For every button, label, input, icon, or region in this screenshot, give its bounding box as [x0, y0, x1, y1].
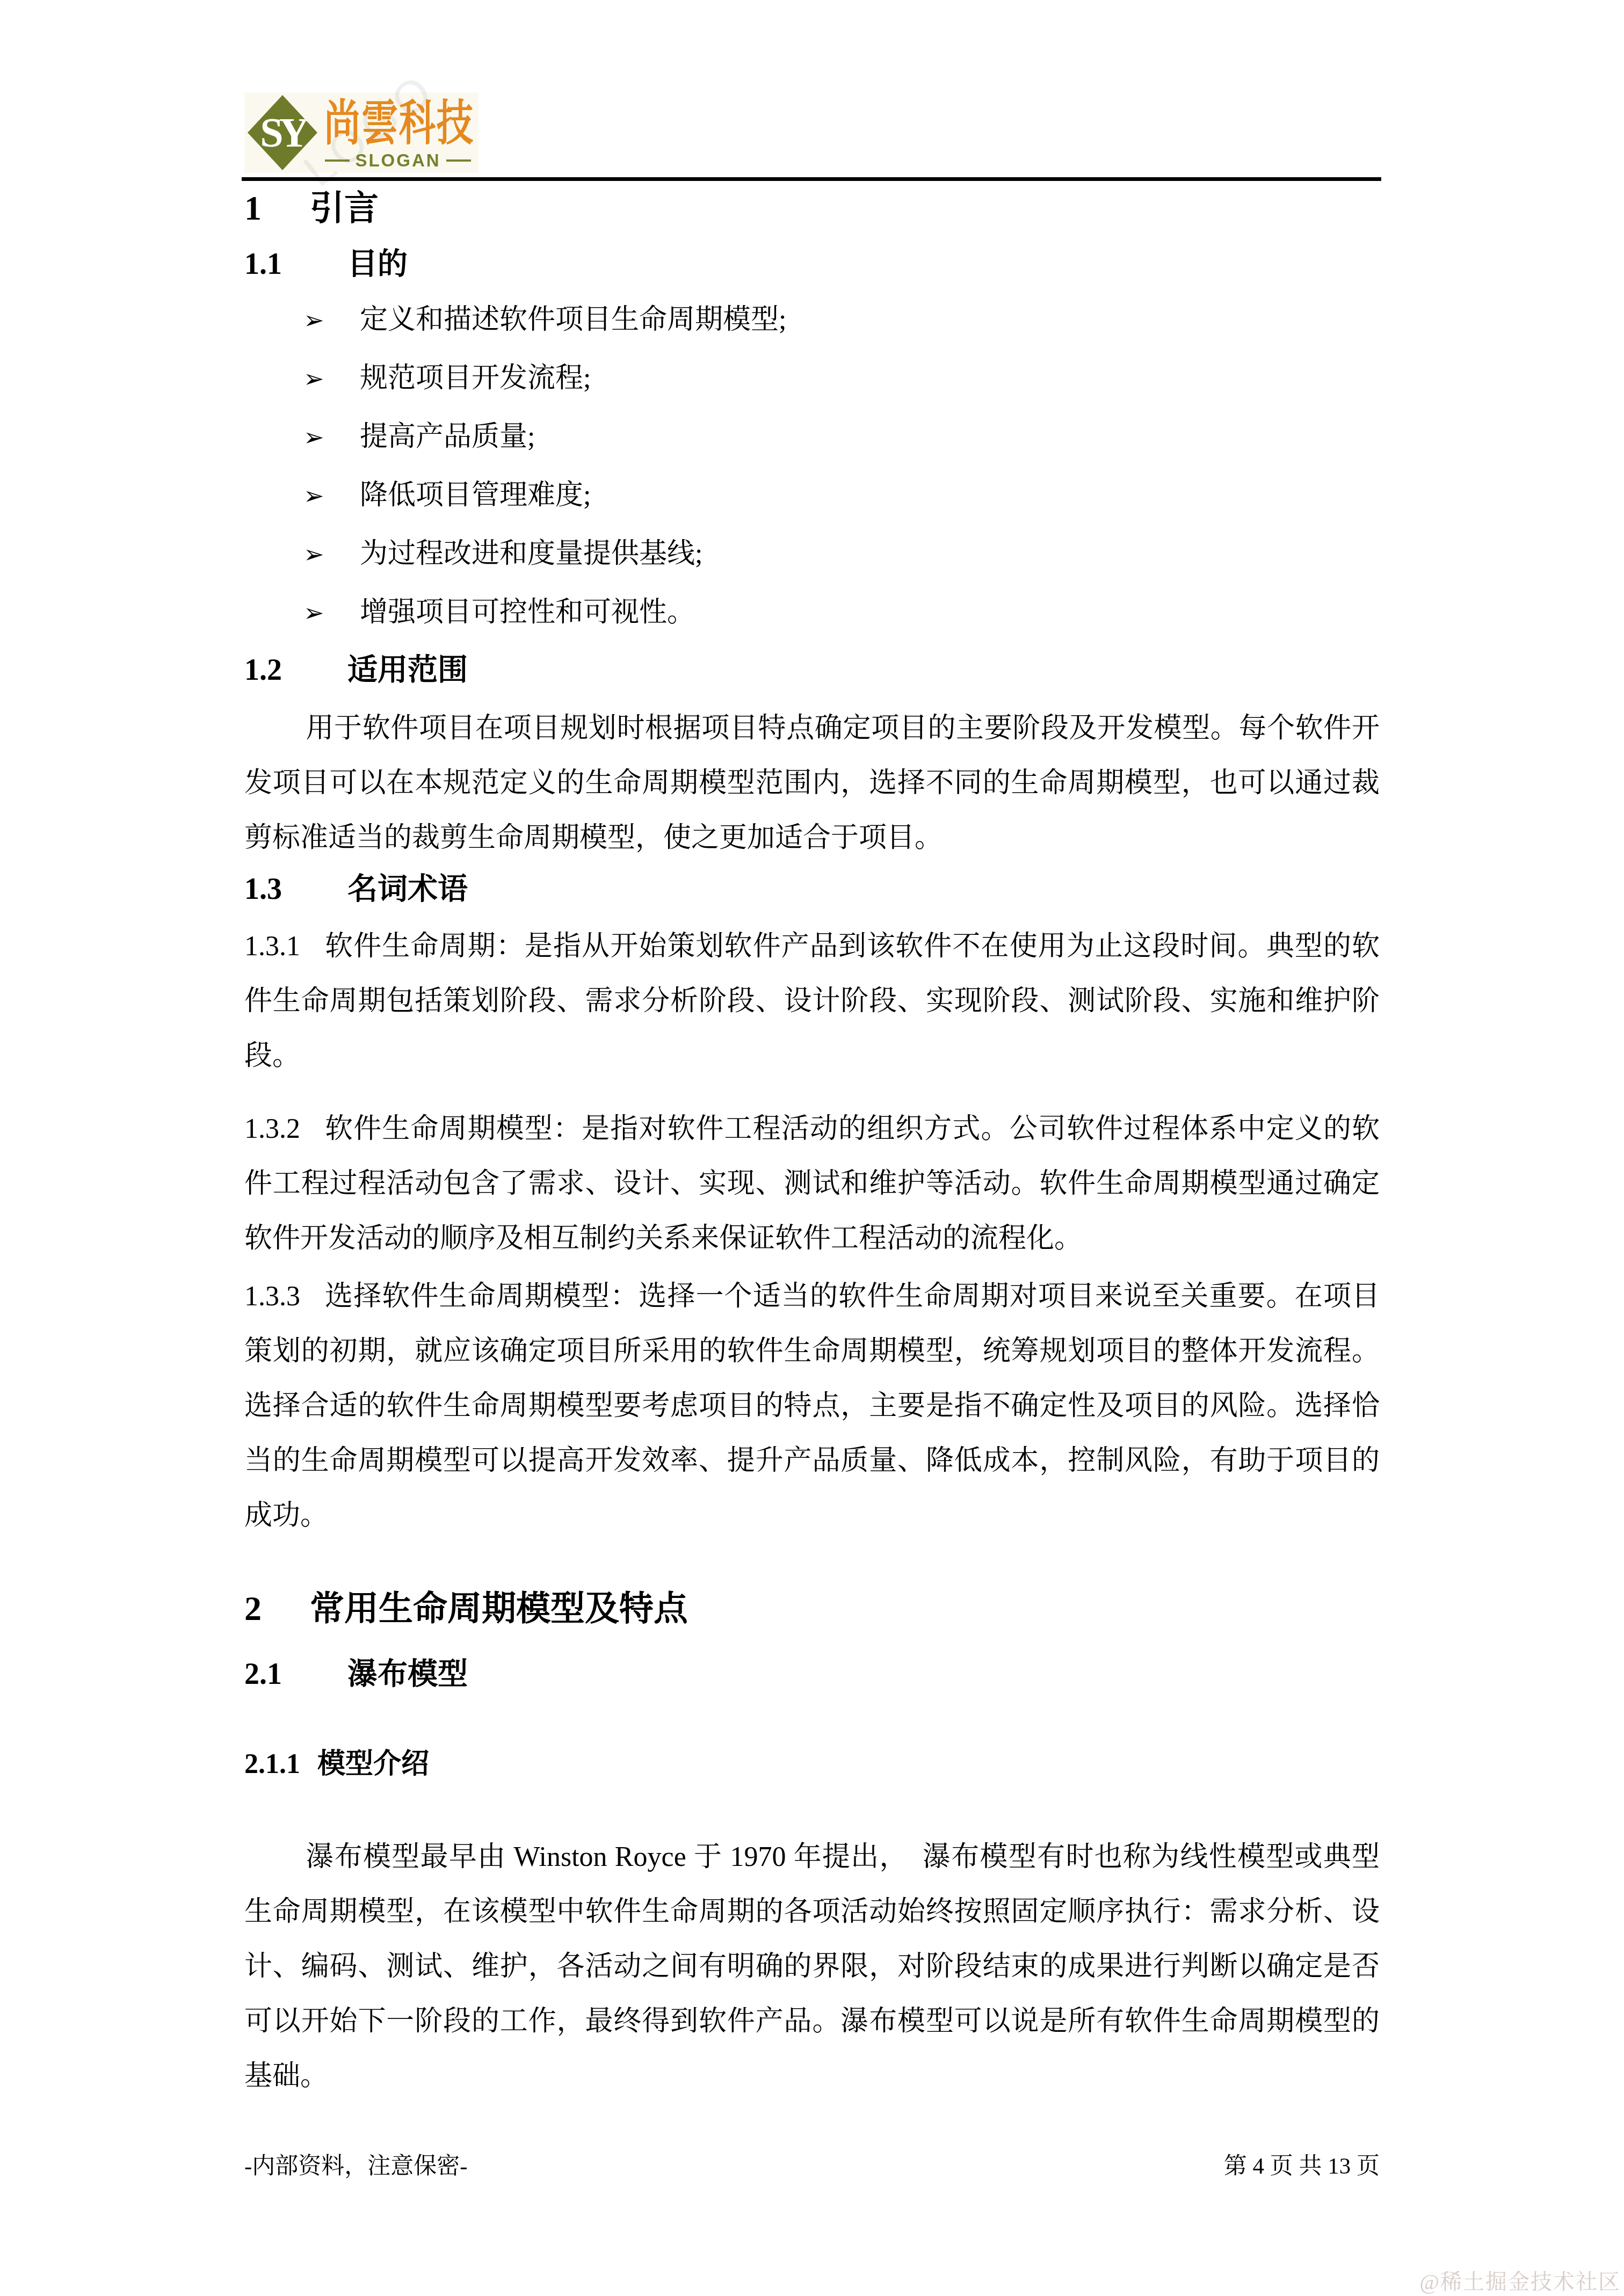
logo-text-block: 尚雲科技 SLOGAN: [324, 92, 479, 173]
arrow-bullet-icon: ➢: [303, 409, 360, 467]
section-heading-terms: 1.3名词术语: [244, 870, 1380, 909]
logo-diamond-icon: SY: [248, 95, 317, 170]
section-heading-waterfall-intro: 2.1.1模型介绍: [244, 1747, 1380, 1782]
list-item: ➢ 增强项目可控性和可视性。: [244, 584, 1380, 642]
arrow-bullet-icon: ➢: [303, 526, 360, 584]
section-title: 目的: [347, 248, 408, 281]
section-title: 名词术语: [347, 873, 468, 906]
section-heading-waterfall: 2.1瀑布模型: [244, 1655, 1380, 1694]
section-title: 模型介绍: [317, 1749, 429, 1779]
term-definition: 1.3.2软件生命周期模型：是指对软件工程活动的组织方式。公司软件过程体系中定义…: [244, 1102, 1380, 1266]
term-definition: 1.3.1软件生命周期：是指从开始策划软件产品到该软件不在使用为止这段时间。典型…: [244, 919, 1380, 1084]
list-item: ➢ 定义和描述软件项目生命周期模型;: [244, 291, 1380, 350]
term-definition: 1.3.3选择软件生命周期模型：选择一个适当的软件生命周期对项目来说至关重要。在…: [244, 1269, 1380, 1543]
arrow-bullet-icon: ➢: [303, 292, 360, 350]
page-number: 第 4 页 共 13 页: [1224, 2150, 1380, 2183]
confidentiality-note: -内部资料，注意保密-: [244, 2150, 468, 2183]
section-number: 1: [244, 187, 310, 230]
arrow-bullet-icon: ➢: [303, 467, 360, 525]
logo-monogram: SY: [248, 95, 317, 170]
section-number: 2.1: [244, 1655, 347, 1694]
logo-slogan-row: SLOGAN: [325, 151, 471, 169]
section-number: 2: [244, 1587, 310, 1630]
list-item: ➢ 提高产品质量;: [244, 408, 1380, 467]
list-item: ➢ 降低项目管理难度;: [244, 467, 1380, 525]
slogan-right-line: [446, 159, 471, 162]
list-item: ➢ 规范项目开发流程;: [244, 350, 1380, 408]
section-heading-intro: 1引言: [244, 187, 1380, 230]
page-footer: -内部资料，注意保密- 第 4 页 共 13 页: [244, 2150, 1380, 2183]
bullet-text: 提高产品质量;: [360, 408, 535, 466]
term-text: 选择软件生命周期模型：选择一个适当的软件生命周期对项目来说至关重要。在项目策划的…: [244, 1281, 1380, 1531]
bullet-text: 增强项目可控性和可视性。: [360, 584, 695, 642]
bullet-text: 规范项目开发流程;: [360, 350, 591, 408]
document-body: 1引言 1.1目的 ➢ 定义和描述软件项目生命周期模型; ➢ 规范项目开发流程;…: [244, 187, 1380, 2104]
section-title: 常用生命周期模型及特点: [310, 1589, 688, 1627]
bullet-text: 为过程改进和度量提供基线;: [360, 525, 702, 583]
company-name: 尚雲科技: [324, 100, 474, 148]
term-text: 软件生命周期模型：是指对软件工程活动的组织方式。公司软件过程体系中定义的软件工程…: [244, 1114, 1380, 1254]
bullet-text: 定义和描述软件项目生命周期模型;: [360, 291, 786, 349]
arrow-bullet-icon: ➢: [303, 584, 360, 642]
section-heading-purpose: 1.1目的: [244, 245, 1380, 284]
waterfall-intro-paragraph: 瀑布模型最早由 Winston Royce 于 1970 年提出， 瀑布模型有时…: [244, 1830, 1380, 2104]
section-number: 1.2: [244, 651, 347, 689]
section-heading-scope: 1.2适用范围: [244, 651, 1380, 689]
section-number: 2.1.1: [244, 1747, 317, 1782]
section-number: 1.3: [244, 870, 347, 909]
section-title: 适用范围: [347, 653, 468, 687]
bullet-text: 降低项目管理难度;: [360, 467, 591, 525]
logo-slogan: SLOGAN: [355, 151, 440, 169]
company-logo: LOGO SY 尚雲科技 SLOGAN: [244, 92, 479, 173]
purpose-bullet-list: ➢ 定义和描述软件项目生命周期模型; ➢ 规范项目开发流程; ➢ 提高产品质量;…: [244, 291, 1380, 642]
term-number: 1.3.3: [244, 1281, 300, 1312]
term-number: 1.3.1: [244, 931, 300, 962]
header-rule: [242, 177, 1381, 181]
section-title: 瀑布模型: [347, 1658, 468, 1691]
term-text: 软件生命周期：是指从开始策划软件产品到该软件不在使用为止这段时间。典型的软件生命…: [244, 931, 1380, 1071]
section-number: 1.1: [244, 245, 347, 284]
list-item: ➢ 为过程改进和度量提供基线;: [244, 525, 1380, 584]
scope-paragraph: 用于软件项目在项目规划时根据项目特点确定项目的主要阶段及开发模型。每个软件开发项…: [244, 701, 1380, 866]
section-heading-models: 2常用生命周期模型及特点: [244, 1587, 1380, 1630]
term-number: 1.3.2: [244, 1114, 300, 1144]
slogan-left-line: [325, 159, 350, 162]
section-title: 引言: [310, 189, 379, 227]
arrow-bullet-icon: ➢: [303, 350, 360, 408]
site-watermark: @稀土掘金技术社区: [1419, 2265, 1621, 2295]
document-page: LOGO SY 尚雲科技 SLOGAN 1引言 1.1目的 ➢ 定义和描述软件项…: [0, 0, 1624, 2296]
